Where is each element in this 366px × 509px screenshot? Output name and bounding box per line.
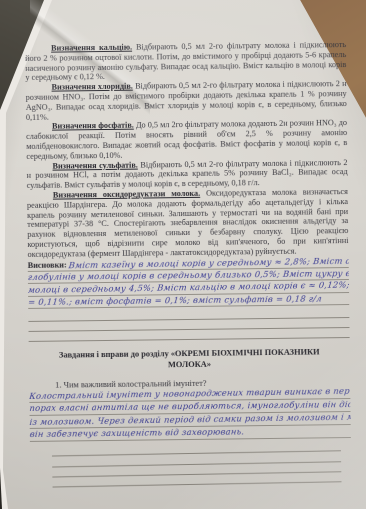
- conclusions-block: Висновки: Вміст казеїну в молоці корів у…: [28, 256, 350, 309]
- paragraph-phosphates: Визначення фосфатів. До 0,5 мл 2го фільт…: [26, 118, 347, 161]
- paragraph-phosphates-heading: Визначення фосфатів.: [52, 121, 134, 131]
- ruled-line: він забезпечує захищеність від захворюва…: [30, 425, 351, 442]
- blank-answer-lines: [52, 442, 342, 488]
- question-1-answer-block: Колостральний імунітет у новонароджених …: [29, 386, 351, 442]
- handwritten-conclusion-line: = 0,11%.; вміст фосфатів = 0,1%; вміст с…: [28, 293, 322, 308]
- paragraph-chlorides: Визначення хлоридів. Відбирають 0,5 мл 2…: [25, 79, 346, 122]
- blank-answer-lines: [28, 308, 349, 342]
- paragraph-oxidoreductase: Визначення оксидоредуктази молока. Оксид…: [27, 187, 349, 259]
- paragraph-calcium-heading: Визначення кальцію.: [51, 43, 132, 53]
- page-content: Визначення кальцію. Відбирають 0,5 мл 2-…: [25, 40, 351, 488]
- ruled-line: = 0,11%.; вміст фосфатів = 0,1%; вміст с…: [28, 293, 349, 309]
- paragraph-sulfates: Визначення сульфатів. Відбирають 0,5 мл …: [26, 158, 347, 191]
- paragraph-sulfates-heading: Визначення сульфатів.: [52, 160, 137, 170]
- photographed-document-page: Визначення кальцію. Відбирають 0,5 мл 2-…: [0, 0, 366, 509]
- handwritten-answer-line: він забезпечує захищеність від захворюва…: [30, 427, 245, 441]
- exercises-section-heading: Завдання і вправи до розділу «ОКРЕМІ БІО…: [29, 347, 350, 372]
- conclusions-label: Висновки:: [28, 260, 67, 269]
- paragraph-chlorides-heading: Визначення хлоридів.: [51, 82, 132, 92]
- paragraph-calcium: Визначення кальцію. Відбирають 0,5 мл 2-…: [25, 40, 346, 83]
